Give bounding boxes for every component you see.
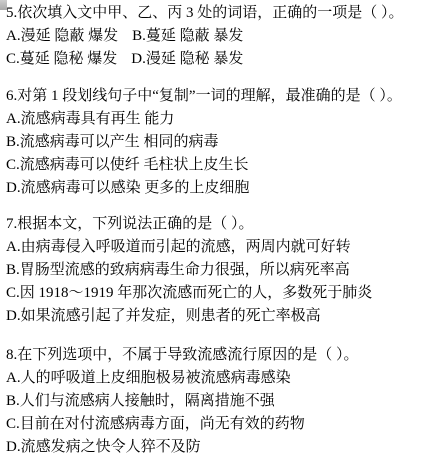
question-5-options-row-1: A.漫延 隐蔽 爆发B.蔓延 隐蔽 暴发 — [6, 25, 432, 48]
question-7-option-c: C.因 1918～1919 年那次流感而死亡的人，多数死于肺炎 — [6, 282, 432, 305]
question-8-option-a: A.人的呼吸道上皮细胞极易被流感病毒感染 — [6, 367, 432, 390]
question-7-option-b: B.胃肠型流感的致病病毒生命力很强，所以病死率高 — [6, 259, 432, 282]
question-5-stem: 5.依次填入文中甲、乙、丙 3 处的词语，正确的一项是（ ）。 — [6, 2, 432, 25]
question-5-option-b: B.蔓延 隐蔽 暴发 — [132, 28, 243, 44]
question-8-option-d: D.流感发病之快令人猝不及防 — [6, 436, 432, 459]
question-8-option-c: C.目前在对付流感病毒方面，尚无有效的药物 — [6, 413, 432, 436]
scrollbar-fragment — [0, 0, 7, 10]
question-8-stem: 8.在下列选项中，不属于导致流感流行原因的是（ ）。 — [6, 344, 432, 367]
question-8: 8.在下列选项中，不属于导致流感流行原因的是（ ）。 A.人的呼吸道上皮细胞极易… — [6, 344, 432, 459]
question-5-option-a: A.漫延 隐蔽 爆发 — [6, 28, 118, 44]
question-5-option-d: D.漫延 隐秘 暴发 — [131, 51, 243, 67]
question-7: 7.根据本文，下列说法正确的是（ ）。 A.由病毒侵入呼吸道而引起的流感，两周内… — [6, 213, 432, 328]
question-6: 6.对第 1 段划线句子中“复制”一词的理解，最准确的是（ ）。 A.流感病毒具… — [6, 85, 432, 200]
question-7-option-a: A.由病毒侵入呼吸道而引起的流感，两周内就可好转 — [6, 236, 432, 259]
question-5-option-c: C.蔓延 隐秘 爆发 — [6, 51, 117, 67]
question-5-options-row-2: C.蔓延 隐秘 爆发D.漫延 隐秘 暴发 — [6, 48, 432, 71]
question-8-option-b: B.人们与流感病人接触时，隔离措施不强 — [6, 390, 432, 413]
question-6-option-d: D.流感病毒可以感染 更多的上皮细胞 — [6, 177, 432, 200]
question-6-option-b: B.流感病毒可以产生 相同的病毒 — [6, 131, 432, 154]
question-6-option-c: C.流感病毒可以使纤 毛柱状上皮生长 — [6, 154, 432, 177]
question-6-stem: 6.对第 1 段划线句子中“复制”一词的理解，最准确的是（ ）。 — [6, 85, 432, 108]
question-7-option-d: D.如果流感引起了并发症，则患者的死亡率极高 — [6, 305, 432, 328]
question-7-stem: 7.根据本文，下列说法正确的是（ ）。 — [6, 213, 432, 236]
question-6-option-a: A.流感病毒具有再生 能力 — [6, 108, 432, 131]
exam-document-page: 5.依次填入文中甲、乙、丙 3 处的词语，正确的一项是（ ）。 A.漫延 隐蔽 … — [0, 0, 434, 460]
question-5: 5.依次填入文中甲、乙、丙 3 处的词语，正确的一项是（ ）。 A.漫延 隐蔽 … — [6, 2, 432, 71]
